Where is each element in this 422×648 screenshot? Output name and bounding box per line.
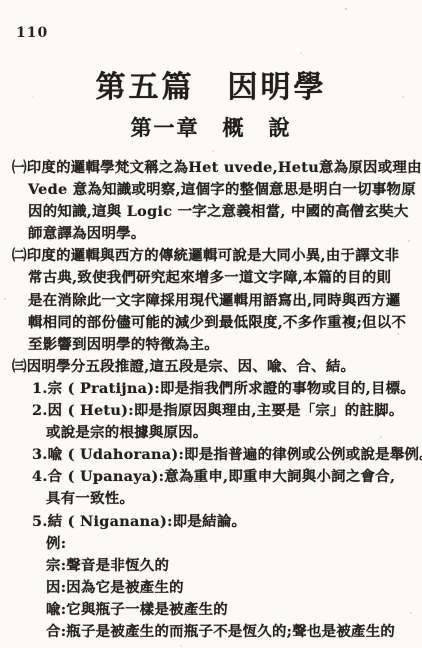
text-line: 宗:聲音是非恆久的	[46, 555, 420, 577]
text-line: ㈠印度的邏輯學梵文稱之為Het uvede,Hetu意為原因或理由;	[12, 157, 420, 179]
book-page: 110 第五篇 因明學 第一章 概 說 ㈠印度的邏輯學梵文稱之為Het uved…	[0, 0, 422, 648]
text-line: 師意譯為因明學。	[28, 223, 420, 245]
text-line: 或說是宗的根據與原因。	[46, 422, 420, 444]
chapter-title: 第一章 概 說	[0, 112, 422, 142]
part-title: 第五篇 因明學	[0, 62, 422, 106]
text-line: ㈢因明學分五段推證,這五段是宗、因、喩、合、結。	[12, 356, 420, 378]
body-text: ㈠印度的邏輯學梵文稱之為Het uvede,Hetu意為原因或理由;Vede 意…	[12, 157, 420, 643]
text-line: 喩:它與瓶子一樣是被產生的	[46, 599, 420, 621]
text-line: 5.結 ( Niganana):即是結論。	[32, 511, 420, 533]
text-line: Vede 意為知識或明察,這個字的整個意思是明白一切事物原	[28, 179, 420, 201]
text-line: 合:瓶子是被產生的而瓶子不是恆久的;聲也是被產生的	[46, 621, 420, 643]
text-line: 是在消除此一文字障採用現代邏輯用語寫出,同時與西方邏	[28, 290, 420, 312]
scan-noise-specks	[0, 0, 2, 2]
text-line: ㈡印度的邏輯與西方的傳統邏輯可說是大同小異,由于譯文非	[12, 245, 420, 267]
text-line: 2.因 ( Hetu):即是指原因與理由,主要是「宗」的註脚。	[32, 400, 420, 422]
text-line: 輯相同的部份儘可能的減少到最低限度,不多作重複;但以不	[28, 312, 420, 334]
text-line: 1.宗 ( Pratijna):即是指我們所求證的事物或目的,目標。	[32, 378, 420, 400]
text-line: 4.合 ( Upanaya):意為重申,即重申大詞與小詞之會合,	[32, 466, 420, 488]
page-number: 110	[16, 25, 48, 41]
text-line: 具有一致性。	[46, 488, 420, 510]
text-line: 3.喩 ( Udahorana):即是指普遍的律例或公例或說是舉例。	[32, 444, 420, 466]
text-line: 至影響到因明學的特徵為主。	[28, 334, 420, 356]
text-line: 因的知識,這與 Logic 一字之意義相當, 中國的高僧玄奘大	[28, 201, 420, 223]
text-line: 因:因為它是被產生的	[46, 577, 420, 599]
text-line: 例:	[46, 533, 420, 555]
text-line: 常古典,致使我們研究起來增多一道文字障,本篇的目的則	[28, 267, 420, 289]
